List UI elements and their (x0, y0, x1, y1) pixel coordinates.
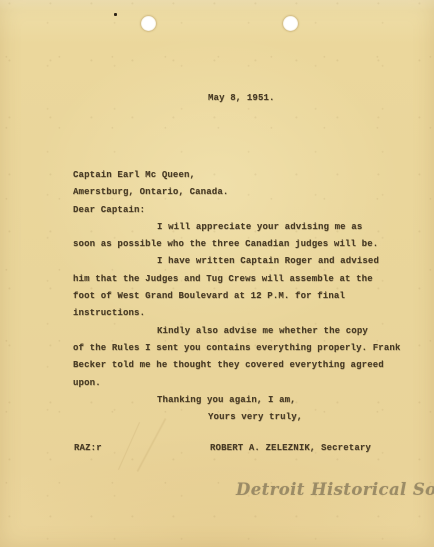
signature-name: ROBERT A. ZELEZNIK, Secretary (210, 443, 371, 453)
valediction-line: Yours very truly, (73, 409, 403, 426)
body-line: I have written Captain Roger and advised (73, 253, 403, 270)
body-line: of the Rules I sent you contains everyth… (73, 340, 403, 357)
letter-body: Captain Earl Mc Queen, Amerstburg, Ontar… (73, 167, 403, 426)
closing-line: Thanking you again, I am, (73, 392, 403, 409)
paper-crease (118, 422, 141, 470)
recipient-address-line: Amerstburg, Ontario, Canada. (73, 184, 403, 201)
letter-page: May 8, 1951. Captain Earl Mc Queen, Amer… (0, 0, 434, 547)
body-line: soon as possible who the three Canadian … (73, 236, 403, 253)
punch-hole-left (141, 16, 156, 31)
watermark-text: Detroit Historical Society (236, 480, 434, 499)
body-line: foot of West Grand Boulevard at 12 P.M. … (73, 288, 403, 305)
body-line: Kindly also advise me whether the copy (73, 323, 403, 340)
body-line: instructions. (73, 305, 403, 322)
recipient-name-line: Captain Earl Mc Queen, (73, 167, 403, 184)
salutation-line: Dear Captain: (73, 202, 403, 219)
body-line: I will appreciate your advising me as (73, 219, 403, 236)
body-line: upon. (73, 375, 403, 392)
reference-initials: RAZ:r (74, 443, 102, 453)
letter-date: May 8, 1951. (208, 93, 275, 103)
ink-speck (114, 13, 117, 16)
body-line: Becker told me he thought they covered e… (73, 357, 403, 374)
body-line: him that the Judges and Tug Crews will a… (73, 271, 403, 288)
punch-hole-right (283, 16, 298, 31)
